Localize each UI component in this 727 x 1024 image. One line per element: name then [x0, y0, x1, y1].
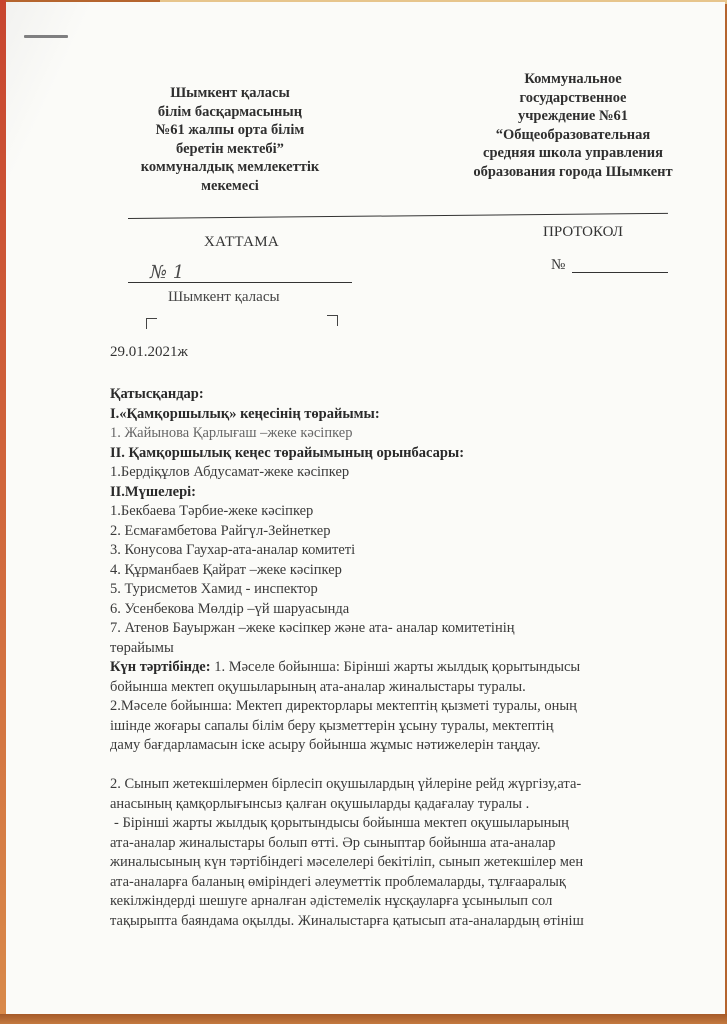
deputy-heading: II. Қамқоршылық кеңес төрайымының орынба… — [110, 444, 720, 464]
number-label-ru: № — [551, 257, 565, 274]
member-entry-continued: төрайымы — [110, 639, 720, 659]
agenda-line: 2.Мәселе бойынша: Мектеп директорлары ме… — [110, 697, 720, 717]
discussion-line: ата-аналарға баланың өміріндегі әлеуметт… — [110, 873, 720, 893]
participants-heading: Қатысқандар: — [110, 385, 720, 405]
bracket-corner-left — [146, 318, 157, 329]
members-heading: II.Мүшелері: — [110, 483, 720, 503]
discussion-line: - Бірінші жарты жылдық қорытындысы бойын… — [110, 814, 720, 834]
header-ru-line: государственное — [448, 89, 698, 108]
header-kz-line: коммуналдық мемлекеттік — [100, 158, 360, 177]
header-kz-line: №61 жалпы орта білім — [100, 121, 360, 140]
member-entry: 2. Есмағамбетова Райгүл-Зейнеткер — [110, 522, 720, 542]
staple-mark — [24, 35, 68, 38]
header-ru-line: “Общеобразовательная — [448, 126, 698, 145]
member-entry: 6. Усенбекова Мөлдір –үй шаруасында — [110, 600, 720, 620]
bracket-corner-right — [327, 315, 338, 326]
discussion-line: тақырыпта баяндама оқылды. Жиналыстарға … — [110, 912, 720, 932]
discussion-line: ата-аналар жиналыстары болып өтті. Әр сы… — [110, 834, 720, 854]
member-entry: 1.Бекбаева Тәрбие-жеке кәсіпкер — [110, 502, 720, 522]
discussion-line: кекілжіндерді шешуге арналған әдістемелі… — [110, 892, 720, 912]
number-underline — [128, 282, 352, 283]
agenda-line: ішінде жоғары сапалы білім беру қызметте… — [110, 717, 720, 737]
member-entry: 3. Конусова Гаухар-ата-аналар комитеті — [110, 541, 720, 561]
document-date: 29.01.2021ж — [110, 344, 188, 361]
agenda-item-1: 1. Мәселе бойынша: Бірінші жарты жылдық … — [211, 659, 581, 675]
header-kz-line: беретін мектебі” — [100, 140, 360, 159]
discussion-line: анасының қамқорлығынсыз қалған оқушылард… — [110, 795, 720, 815]
member-entry: 7. Атенов Бауыржан –жеке кәсіпкер және а… — [110, 619, 720, 639]
doc-title-ru: ПРОТОКОЛ — [543, 224, 623, 241]
discussion-line: жиналысының күн тәртібіндегі мәселелері … — [110, 853, 720, 873]
city-label: Шымкент қаласы — [168, 289, 280, 306]
document-body: Қатысқандар: I.«Қамқоршылық» кеңесінің т… — [110, 385, 720, 931]
header-ru-line: образования города Шымкент — [448, 163, 698, 182]
header-kz-line: білім басқармасының — [100, 103, 360, 122]
member-entry: 4. Құрманбаев Қайрат –жеке кәсіпкер — [110, 561, 720, 581]
header-kz-line: Шымкент қаласы — [100, 84, 360, 103]
header-russian: Коммунальное государственное учреждение … — [448, 70, 698, 181]
header-kazakh: Шымкент қаласы білім басқармасының №61 ж… — [100, 84, 360, 195]
doc-title-kz: ХАТТАМА — [204, 234, 279, 251]
header-ru-line: Коммунальное — [448, 70, 698, 89]
chair-entry: 1. Жайынова Қарлығаш –жеке кәсіпкер — [110, 424, 720, 444]
agenda-line: даму бағдарламасын іске асыру бойынша жұ… — [110, 736, 720, 756]
agenda-label: Күн тәртібінде: — [110, 659, 211, 675]
member-entry: 5. Турисметов Хамид - инспектор — [110, 580, 720, 600]
header-ru-line: средняя школа управления — [448, 144, 698, 163]
deputy-entry: 1.Бердіқұлов Абдусамат-жеке кәсіпкер — [110, 463, 720, 483]
discussion-line: 2. Сынып жетекшілермен бірлесіп оқушылар… — [110, 775, 720, 795]
header-ru-line: учреждение №61 — [448, 107, 698, 126]
agenda-line-1: Күн тәртібінде: 1. Мәселе бойынша: Бірін… — [110, 658, 720, 678]
agenda-line: бойынша мектеп оқушыларының ата-аналар ж… — [110, 678, 720, 698]
handwritten-number: № 1 — [150, 262, 184, 283]
header-kz-line: мекемесі — [100, 177, 360, 196]
paragraph-gap — [110, 756, 720, 776]
chair-heading: I.«Қамқоршылық» кеңесінің төрайымы: — [110, 405, 720, 425]
number-blank-line — [572, 272, 668, 273]
desk-edge-bottom — [0, 1014, 727, 1024]
